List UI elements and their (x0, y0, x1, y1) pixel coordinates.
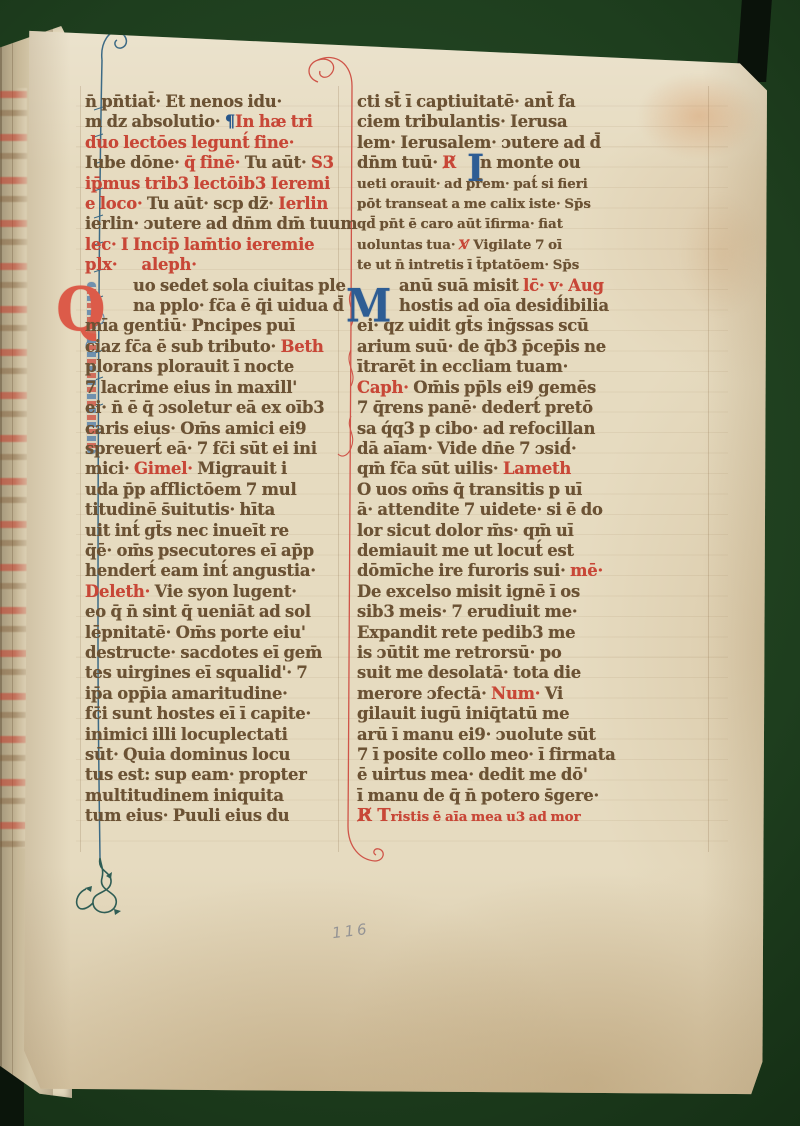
text-line: 7 lacrime eius in maxill' (85, 378, 347, 398)
text-line: lem· Ierusalem· ɔutere ad d̄ (357, 133, 717, 153)
text-line: Caph· Om̄is pp̄ls ei9 gemēs (357, 378, 717, 398)
text-line: sib3 meis· 7 erudiuit me· (357, 602, 717, 622)
text-segment: ip̄a opp̄ia amaritudine· (85, 684, 288, 703)
text-segment: ciaz fc̄a ē sub tributo· (85, 337, 281, 356)
text-segment: Iube dōne· (85, 153, 184, 172)
text-segment: ristis ē aīa mea u3 ad mor (391, 809, 581, 825)
text-segment: inimici illi locuplectati (85, 725, 288, 744)
text-line: ei· n̄ ē q̄ ɔsoletur eā ex oīb3 (85, 398, 347, 418)
text-segment: Deleth· (85, 582, 155, 601)
text-segment: uit int́ gt̄s nec inueīt re (85, 521, 289, 540)
text-line: arū ī manu ei9· ɔuolute sūt (357, 725, 717, 745)
text-line: mīa gentiū· Pncipes puī (85, 316, 347, 336)
text-line: 7 ī posite collo meo· ī firmata (357, 745, 717, 765)
text-line: qm̄ fc̄a sūt uilis· Lameth (357, 459, 717, 479)
text-line: qd̄ pn̄t ē caro aūt īfirma· fiat (357, 214, 717, 234)
text-segment: S3 (311, 153, 334, 172)
text-line: e loco· Tu aūt· scp dz̄· Ierlin (85, 194, 347, 214)
text-line: R̸ Tristis ē aīa mea u3 ad mor (357, 806, 717, 826)
text-segment: tum eius· Puuli eius du (85, 806, 289, 825)
text-line: 7 q̄rens panē· dedert́ pretō (357, 398, 717, 418)
text-segment: merore ɔfectā· (357, 684, 491, 703)
text-segment: ei· qz uidit gt̄s inḡssas scū (357, 316, 589, 335)
text-line: ciaz fc̄a ē sub tributo· Beth (85, 337, 347, 357)
text-line: lēpnitatē· Om̄s porte eiu' (85, 623, 347, 643)
text-segment: R̸ T (357, 805, 391, 826)
text-segment: titudinē s̄uitutis· hīta (85, 500, 275, 519)
text-line: De excelso misit ignē ī os (357, 582, 717, 602)
text-segment: fc̄i sunt hostes eī ī capite· (85, 704, 311, 723)
text-line: ierlin· ɔutere ad dn̄m dm̄ tuum (85, 214, 347, 234)
text-segment: mīa gentiū· Pncipes puī (85, 316, 295, 335)
text-line: ī manu de q̄ n̄ potero s̄gere· (357, 786, 717, 806)
text-segment: Ierlin (278, 194, 328, 213)
parchment-page: Q M I n̄ pn̄tiat̄· Et nenos idu·m dz abs… (18, 20, 770, 1105)
text-line: na pplo· fc̄a ē q̄i uidua d̄ (85, 296, 347, 316)
text-segment: pōt transeat a me calix iste· Sp̄s (357, 196, 591, 212)
text-line: ciem tribulantis· Ierusa (357, 112, 717, 132)
text-segment: Tu aūt· (245, 153, 311, 172)
text-line: inimici illi locuplectati (85, 725, 347, 745)
text-line: plx· aleph· (85, 255, 347, 275)
text-segment: 7 ī posite collo meo· ī firmata (357, 745, 616, 764)
text-segment: multitudinem iniquita (85, 786, 284, 805)
text-line: ei· qz uidit gt̄s inḡssas scū (357, 316, 717, 336)
text-segment: Gimel· (134, 459, 197, 478)
text-line: ā· attendite 7 uidete· si ē do (357, 500, 717, 520)
text-segment: Lameth (503, 459, 571, 478)
text-line: lec· I Incip̄ lam̄tio ieremie (85, 235, 347, 255)
text-segment: Vigilate 7 oī (473, 237, 562, 253)
text-line: ē uirtus mea· dedit me dō' (357, 765, 717, 785)
text-segment: na pplo· fc̄a ē q̄i uidua d̄ (133, 296, 344, 315)
text-line: cti st̄ ī captiuitatē· ant̄ fa (357, 92, 717, 112)
text-segment: hostis ad oīa desid́ibilia (399, 296, 609, 315)
text-segment: ¶ (225, 112, 235, 131)
text-segment: m dz absolutio· (85, 112, 225, 131)
text-segment: n monte ou (456, 153, 581, 172)
text-line: sa q́q3 p cibo· ad refocillan (357, 419, 717, 439)
folio-number: 116 (331, 920, 371, 942)
text-segment: lem· Ierusalem· ɔutere ad d̄ (357, 133, 601, 152)
text-line: uit int́ gt̄s nec inueīt re (85, 521, 347, 541)
text-segment: 7 lacrime eius in maxill' (85, 378, 297, 397)
text-segment: spreuert́ eā· 7 fc̄i sūt ei ini (85, 439, 317, 458)
text-line: lor sicut dolor m̄s· qm̄ uī (357, 521, 717, 541)
text-segment: 7 q̄rens panē· dedert́ pretō (357, 398, 593, 417)
text-segment: R̸ (442, 153, 455, 172)
text-segment: e loco· (85, 194, 147, 213)
text-line: demiauit me ut locut́ est (357, 541, 717, 561)
text-segment: Num· (491, 684, 545, 703)
text-line: suit me desolatā· tota die (357, 663, 717, 683)
text-line: merore ɔfectā· Num· Vi (357, 684, 717, 704)
text-segment: te ut n̄ intretis ī t̄ptatōem· Sp̄s (357, 257, 579, 273)
text-segment: ciem tribulantis· Ierusa (357, 112, 567, 131)
text-line: dōmīche ire furoris sui· mē· (357, 561, 717, 581)
text-segment: hendert́ eam int́ angustia· (85, 561, 316, 580)
text-segment: lēpnitatē· Om̄s porte eiu' (85, 623, 306, 642)
text-segment: eo q̄ n̄ sint q̄ ueniāt ad sol (85, 602, 311, 621)
text-segment: lor sicut dolor m̄s· qm̄ uī (357, 521, 574, 540)
text-segment: tus est: sup eam· propter (85, 765, 307, 784)
text-line: multitudinem iniquita (85, 786, 347, 806)
text-segment: destructe· sacdotes eī gem̄ (85, 643, 322, 662)
text-line: sūt· Quia dominus locu (85, 745, 347, 765)
text-line: m dz absolutio· ¶In hæ tri (85, 112, 347, 132)
text-segment: q̄ē· om̄s psecutores eī ap̄p (85, 541, 314, 560)
text-line: Iube dōne· q̄ finē· Tu aūt· S3 (85, 153, 347, 173)
text-line: duo lectōes legunt́ fine· (85, 133, 347, 153)
text-segment: mē· (570, 561, 603, 580)
text-line: titudinē s̄uitutis· hīta (85, 500, 347, 520)
text-line: O uos om̄s q̄ transitis p uī (357, 480, 717, 500)
left-text-column: n̄ pn̄tiat̄· Et nenos idu·m dz absolutio… (85, 92, 347, 827)
manuscript-photo: { "folio": { "number": "116" }, "initial… (0, 0, 800, 1126)
text-segment: Vi (545, 684, 563, 703)
text-segment: ā· attendite 7 uidete· si ē do (357, 500, 603, 519)
text-segment: ueti orauit· ad pr̄em· pat́ si fieri (357, 176, 588, 192)
text-segment: lc̄· v· Aug (523, 276, 604, 295)
text-segment: In hæ tri (235, 112, 313, 131)
text-segment: Expandit rete pedib3 me (357, 623, 575, 642)
text-segment: ierlin· ɔutere ad dn̄m dm̄ tuum (85, 214, 357, 233)
text-line: te ut n̄ intretis ī t̄ptatōem· Sp̄s (357, 255, 717, 275)
text-segment: Tu aūt· scp dz̄· (147, 194, 278, 213)
text-segment: q̄ finē· (184, 153, 245, 172)
text-line: plorans plorauit ī nocte (85, 357, 347, 377)
text-line: tum eius· Puuli eius du (85, 806, 347, 826)
text-segment: mici· (85, 459, 134, 478)
text-line: fc̄i sunt hostes eī ī capite· (85, 704, 347, 724)
text-segment: uoluntas tua· (357, 237, 459, 253)
text-segment: n̄ pn̄tiat̄· Et nenos idu· (85, 92, 282, 111)
text-line: anū suā misit lc̄· v· Aug (357, 276, 717, 296)
text-line: spreuert́ eā· 7 fc̄i sūt ei ini (85, 439, 347, 459)
text-line: ip̄mus trib3 lectōib3 Ieremi (85, 174, 347, 194)
facing-page-text-fragments (0, 88, 27, 848)
text-segment: arū ī manu ei9· ɔuolute sūt (357, 725, 596, 744)
text-segment: O uos om̄s q̄ transitis p uī (357, 480, 582, 499)
text-segment: Vie syon lugent· (155, 582, 297, 601)
knot-terminal-flourish (77, 858, 121, 915)
text-segment: is ɔūtit me retrorsū· po (357, 643, 562, 662)
text-line: destructe· sacdotes eī gem̄ (85, 643, 347, 663)
text-line: hendert́ eam int́ angustia· (85, 561, 347, 581)
text-segment: De excelso misit ignē ī os (357, 582, 580, 601)
text-segment: ī manu de q̄ n̄ potero s̄gere· (357, 786, 599, 805)
text-segment: dn̄m tuū· (357, 153, 442, 172)
text-line: q̄ē· om̄s psecutores eī ap̄p (85, 541, 347, 561)
text-line: dā aīam· Vide dn̄e 7 ɔsid́· (357, 439, 717, 459)
text-line: tus est: sup eam· propter (85, 765, 347, 785)
text-segment: sib3 meis· 7 erudiuit me· (357, 602, 577, 621)
text-line: Deleth· Vie syon lugent· (85, 582, 347, 602)
text-line: ītrarēt in eccliam tuam· (357, 357, 717, 377)
right-text-column: cti st̄ ī captiuitatē· ant̄ faciem tribu… (357, 92, 717, 827)
text-segment: Migrauit i (197, 459, 287, 478)
text-segment: ei· n̄ ē q̄ ɔsoletur eā ex oīb3 (85, 398, 325, 417)
text-line: hostis ad oīa desid́ibilia (357, 296, 717, 316)
text-line: mici· Gimel· Migrauit i (85, 459, 347, 479)
text-line: eo q̄ n̄ sint q̄ ueniāt ad sol (85, 602, 347, 622)
text-segment: demiauit me ut locut́ est (357, 541, 574, 560)
text-line: caris eius· Om̄s amici ei9 (85, 419, 347, 439)
text-segment: Om̄is pp̄ls ei9 gemēs (413, 378, 596, 397)
text-line: pōt transeat a me calix iste· Sp̄s (357, 194, 717, 214)
text-segment: suit me desolatā· tota die (357, 663, 581, 682)
text-segment: caris eius· Om̄s amici ei9 (85, 419, 306, 438)
text-segment: dā aīam· Vide dn̄e 7 ɔsid́· (357, 439, 577, 458)
text-segment: tes uirgines eī squalid'· 7 (85, 663, 308, 682)
text-line: gilauit iugū iniq̄tatū me (357, 704, 717, 724)
text-segment: plx· aleph· (85, 255, 197, 274)
text-segment: ē uirtus mea· dedit me dō' (357, 765, 588, 784)
text-segment: anū suā misit (399, 276, 523, 295)
text-line: uda p̄p afflictōem 7 mul (85, 480, 347, 500)
text-segment: sa q́q3 p cibo· ad refocillan (357, 419, 595, 438)
text-line: uoluntas tua· V̸ Vigilate 7 oī (357, 235, 717, 255)
text-segment: lec· I Incip̄ lam̄tio ieremie (85, 235, 314, 254)
text-segment: ītrarēt in eccliam tuam· (357, 357, 568, 376)
text-segment: uda p̄p afflictōem 7 mul (85, 480, 296, 499)
text-segment: arium suū· de q̄b3 p̄cep̄is ne (357, 337, 606, 356)
text-segment: V̸ (459, 237, 473, 253)
text-line: Expandit rete pedib3 me (357, 623, 717, 643)
text-segment: ip̄mus trib3 lectōib3 Ieremi (85, 174, 330, 193)
text-segment: duo lectōes legunt́ fine· (85, 133, 294, 152)
text-segment: qd̄ pn̄t ē caro aūt īfirma· fiat (357, 216, 563, 232)
text-line: ueti orauit· ad pr̄em· pat́ si fieri (357, 174, 717, 194)
text-line: tes uirgines eī squalid'· 7 (85, 663, 347, 683)
text-line: is ɔūtit me retrorsū· po (357, 643, 717, 663)
text-segment: sūt· Quia dominus locu (85, 745, 290, 764)
text-line: arium suū· de q̄b3 p̄cep̄is ne (357, 337, 717, 357)
text-line: n̄ pn̄tiat̄· Et nenos idu· (85, 92, 347, 112)
text-line: uo sedet sola ciuitas ple (85, 276, 347, 296)
text-line: dn̄m tuū· R̸ n monte ou (357, 153, 717, 173)
text-line: ip̄a opp̄ia amaritudine· (85, 684, 347, 704)
ruling-vertical-left (80, 86, 81, 852)
text-segment: Beth (281, 337, 324, 356)
text-segment: uo sedet sola ciuitas ple (133, 276, 346, 295)
text-segment: plorans plorauit ī nocte (85, 357, 294, 376)
text-segment: Caph· (357, 378, 413, 397)
text-segment: dōmīche ire furoris sui· (357, 561, 570, 580)
text-segment: cti st̄ ī captiuitatē· ant̄ fa (357, 92, 575, 111)
text-segment: gilauit iugū iniq̄tatū me (357, 704, 569, 723)
text-segment: qm̄ fc̄a sūt uilis· (357, 459, 503, 478)
